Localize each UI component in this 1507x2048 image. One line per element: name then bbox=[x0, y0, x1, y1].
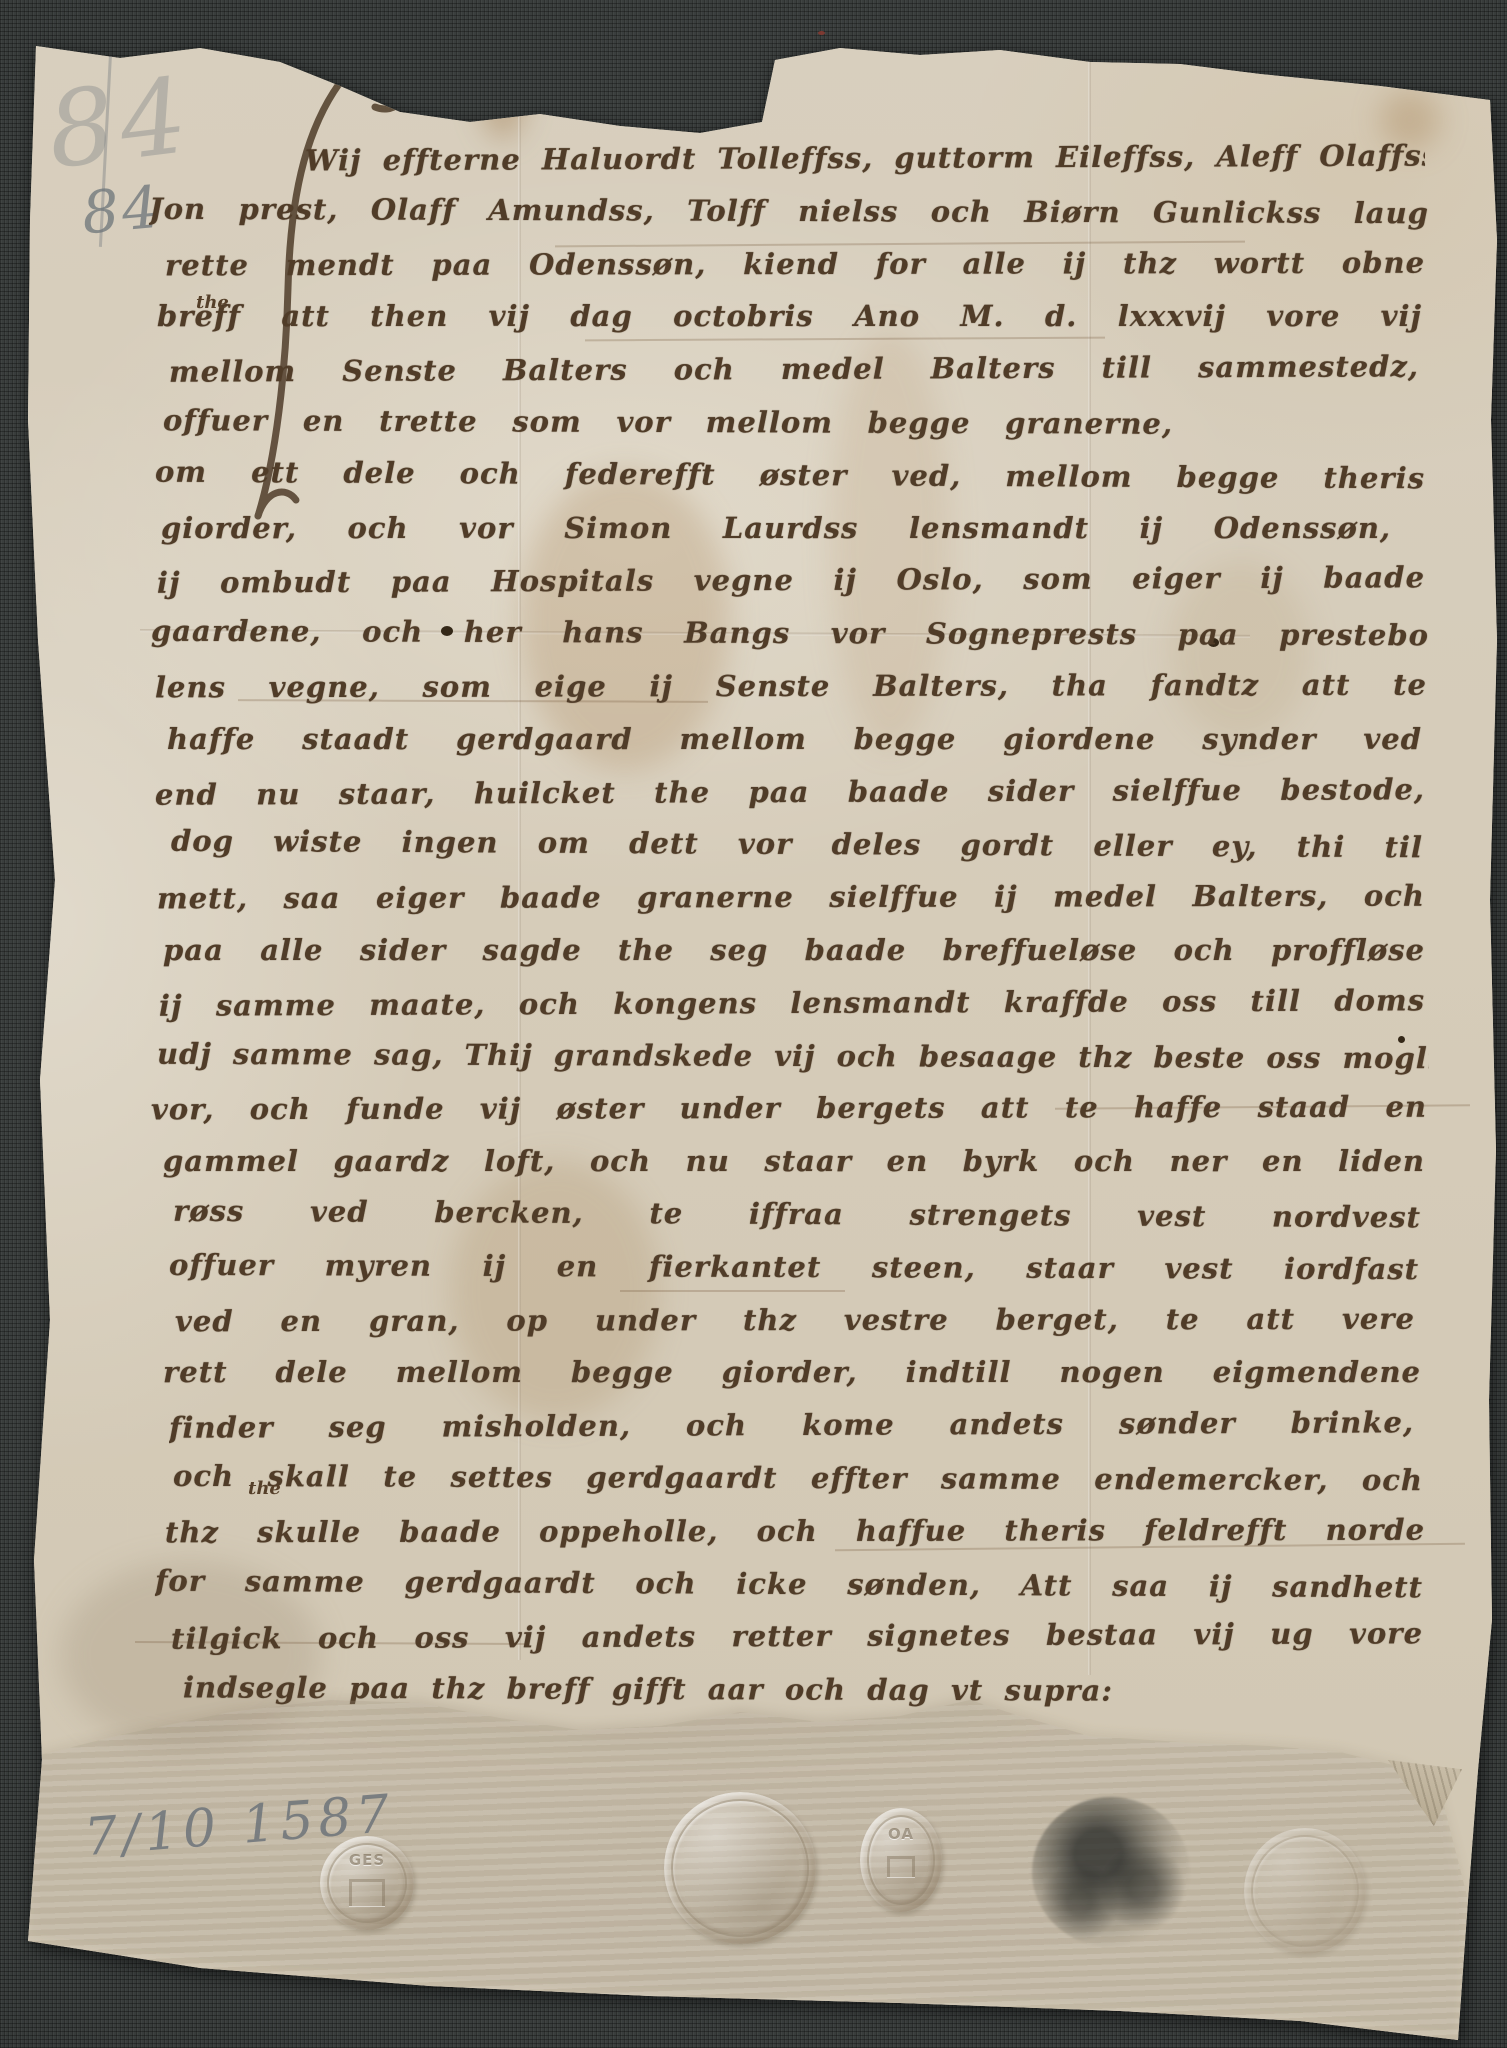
seal-impression-stained bbox=[1032, 1797, 1190, 1947]
seal-housemark bbox=[349, 1879, 385, 1906]
seal-monogram: OA bbox=[860, 1825, 942, 1843]
seal-impression-oa: OA bbox=[860, 1808, 942, 1912]
seal-impression-faint bbox=[1244, 1828, 1366, 1954]
document-sheet: 84 84 Wij effterne Haluordt Tolleffss, g… bbox=[0, 0, 1507, 2048]
seal-monogram: GES bbox=[320, 1851, 414, 1869]
seal-impression-large bbox=[664, 1792, 816, 1944]
seal-impression-ges: GES bbox=[320, 1836, 414, 1930]
plica-fold bbox=[0, 0, 1507, 2048]
plica-fold-shadow bbox=[0, 0, 1507, 2048]
document-sheet-shadow: 84 84 Wij effterne Haluordt Tolleffss, g… bbox=[0, 0, 1507, 2048]
photograph-backdrop-fabric: 84 84 Wij effterne Haluordt Tolleffss, g… bbox=[0, 0, 1507, 2048]
seal-housemark bbox=[887, 1856, 915, 1877]
